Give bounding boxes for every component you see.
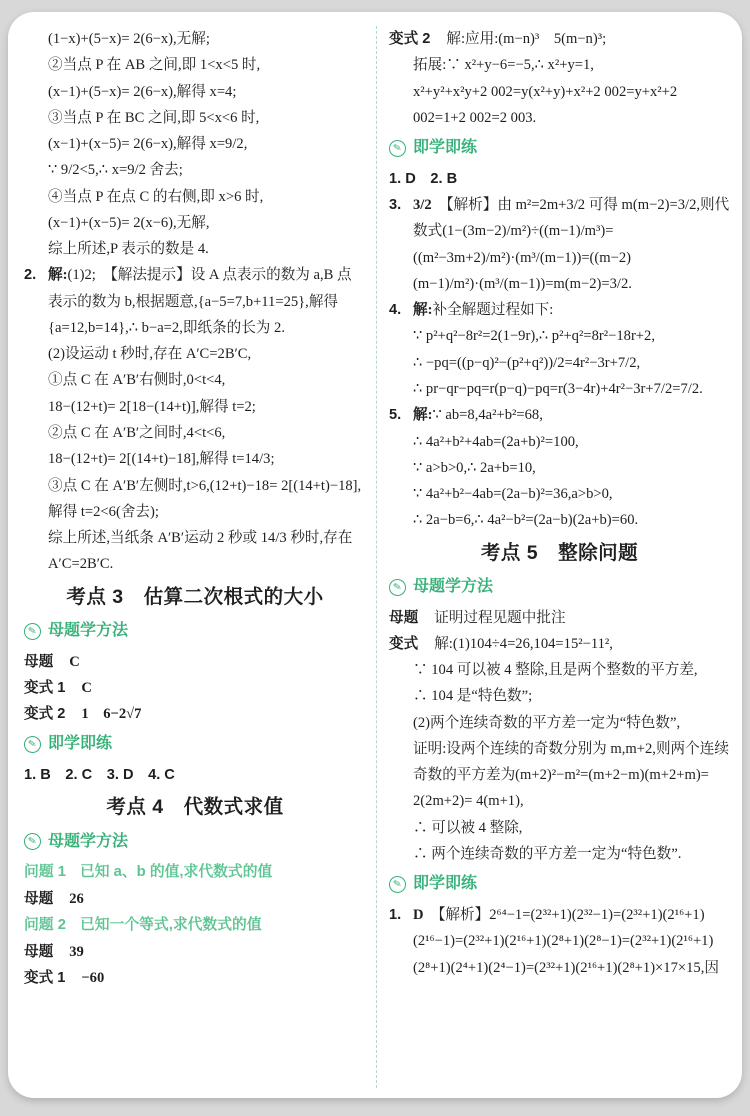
left-column: (1−x)+(5−x)= 2(6−x),无解;②当点 P 在 AB 之间,即 1… (24, 26, 376, 1088)
answer-line: 变式 1−60 (24, 965, 366, 991)
text-line: ③点 C 在 A′B′左侧时,t>6,(12+t)−18= 2[(14+t)−1… (24, 473, 366, 526)
text-line: 证明:设两个连续的奇数分别为 m,m+2,则两个连续奇数的平方差为(m+2)²−… (389, 736, 730, 815)
answer-text: −60 (81, 965, 366, 991)
method-header-label: 母题学方法 (413, 573, 493, 602)
numbered-item: 5.解:∵ ab=8,4a²+b²=68, (389, 402, 730, 428)
pen-circle-icon: ✎ (23, 621, 43, 641)
text-line: (1−x)+(5−x)= 2(6−x),无解; (24, 26, 366, 52)
answer-label: 母题 (24, 649, 53, 675)
item-body: 【解析】由 m²=2m+3/2 可得 m(m−2)=3/2,则代数式(1−(3m… (413, 197, 729, 292)
item-answer: 解: (413, 407, 432, 423)
item-answer: 解: (48, 267, 67, 283)
item-answer: D (413, 907, 424, 923)
section-title: 考点 4 代数式求值 (24, 791, 366, 824)
practice-header: ✎即学即练 (389, 870, 730, 899)
text-line: (2)设运动 t 秒时,存在 A′C=2B′C, (24, 341, 366, 367)
item-number: 5. (389, 402, 413, 428)
text-line: (x−1)+(5−x)= 2(6−x),解得 x=4; (24, 79, 366, 105)
answer-label: 变式 (389, 631, 418, 657)
text-line: ∵ 9/2<5,∴ x=9/2 舍去; (24, 157, 366, 183)
practice-header: ✎即学即练 (389, 134, 730, 163)
item-text: 3/2 【解析】由 m²=2m+3/2 可得 m(m−2)=3/2,则代数式(1… (413, 192, 730, 297)
text-line: ③当点 P 在 BC 之间,即 5<x<6 时, (24, 105, 366, 131)
method-header: ✎母题学方法 (24, 828, 366, 857)
item-number: 1. (389, 902, 413, 981)
problem-text: 已知 a、b 的值,求代数式的值 (80, 864, 272, 880)
item-body: ∵ ab=8,4a²+b²=68, (432, 407, 542, 423)
problem-line: 问题 1已知 a、b 的值,求代数式的值 (24, 859, 366, 886)
answer-line: 母题证明过程见题中批注 (389, 605, 730, 631)
problem-label: 问题 1 (24, 864, 66, 880)
answer-label: 母题 (24, 939, 53, 965)
item-body: 补全解题过程如下: (432, 302, 553, 318)
item-number: 3. (389, 192, 413, 297)
answer-line: 母题39 (24, 939, 366, 965)
numbered-item: 3.3/2 【解析】由 m²=2m+3/2 可得 m(m−2)=3/2,则代数式… (389, 192, 730, 297)
answer-line: 变式解:(1)104÷4=26,104=15²−11², (389, 631, 730, 657)
section-title: 考点 5 整除问题 (389, 537, 730, 570)
practice-header: ✎即学即练 (24, 730, 366, 759)
item-text: D 【解析】2⁶⁴−1=(2³²+1)(2³²−1)=(2³²+1)(2¹⁶+1… (413, 902, 730, 981)
answer-line: 变式 1C (24, 675, 366, 701)
answer-card: (1−x)+(5−x)= 2(6−x),无解;②当点 P 在 AB 之间,即 1… (8, 12, 742, 1098)
pen-circle-icon: ✎ (388, 139, 408, 159)
answer-line: 变式 2解:应用:(m−n)³ 5(m−n)³; (389, 26, 730, 52)
answer-label: 变式 1 (24, 965, 65, 991)
text-line: ∴ 104 是“特色数”; (389, 683, 730, 709)
text-line: x²+y²+x²y+2 002=y(x²+y)+x²+2 002=y+x²+2 … (389, 79, 730, 132)
answer-text: 证明过程见题中批注 (434, 605, 730, 631)
answer-label: 母题 (24, 886, 53, 912)
pen-circle-icon: ✎ (388, 577, 408, 597)
text-line: ∵ p²+q²−8r²=2(1−9r),∴ p²+q²=8r²−18r+2, (389, 323, 730, 349)
pen-circle-icon: ✎ (23, 735, 43, 755)
text-line: ∵ 4a²+b²−4ab=(2a−b)²=36,a>b>0, (389, 481, 730, 507)
item-number: 4. (389, 297, 413, 323)
answer-label: 变式 2 (389, 26, 430, 52)
text-line: ∴ 两个连续奇数的平方差一定为“特色数”. (389, 841, 730, 867)
item-answer: 3/2 (413, 197, 432, 213)
section-title: 考点 3 估算二次根式的大小 (24, 581, 366, 614)
answer-text: 39 (69, 939, 366, 965)
numbered-item: 4.解:补全解题过程如下: (389, 297, 730, 323)
text-line: ④当点 P 在点 C 的右侧,即 x>6 时, (24, 184, 366, 210)
text-line: ∵ 104 可以被 4 整除,且是两个整数的平方差, (389, 657, 730, 683)
method-header-label: 即学即练 (413, 134, 477, 163)
text-line: ∴ 4a²+b²+4ab=(2a+b)²=100, (389, 429, 730, 455)
item-answer: 解: (413, 302, 432, 318)
text-line: ②当点 P 在 AB 之间,即 1<x<5 时, (24, 52, 366, 78)
answer-text: C (81, 675, 366, 701)
text-line: 综上所述,当纸条 A′B′运动 2 秒或 14/3 秒时,存在 A′C=2B′C… (24, 525, 366, 578)
text-line: 18−(12+t)= 2[(14+t)−18],解得 t=14/3; (24, 446, 366, 472)
text-line: ∴ 可以被 4 整除, (389, 815, 730, 841)
text-line: 拓展:∵ x²+y−6=−5,∴ x²+y=1, (389, 52, 730, 78)
text-line: ①点 C 在 A′B′右侧时,0<t<4, (24, 367, 366, 393)
text-line: ∴ 2a−b=6,∴ 4a²−b²=(2a−b)(2a+b)=60. (389, 507, 730, 533)
problem-line: 问题 2已知一个等式,求代数式的值 (24, 912, 366, 939)
pen-circle-icon: ✎ (388, 875, 408, 895)
item-text: 解:补全解题过程如下: (413, 297, 730, 323)
item-text: 解:∵ ab=8,4a²+b²=68, (413, 402, 730, 428)
problem-label: 问题 2 (24, 917, 66, 933)
text-line: (x−1)+(x−5)= 2(6−x),解得 x=9/2, (24, 131, 366, 157)
answer-label: 变式 2 (24, 701, 65, 727)
answer-line: 变式 21 6−2√7 (24, 701, 366, 727)
text-line: 18−(12+t)= 2[18−(14+t)],解得 t=2; (24, 394, 366, 420)
answer-text: 26 (69, 886, 366, 912)
text-line: ②点 C 在 A′B′之间时,4<t<6, (24, 420, 366, 446)
answers-row: 1. D 2. B (389, 166, 730, 192)
method-header-label: 即学即练 (48, 730, 112, 759)
right-column: 变式 2解:应用:(m−n)³ 5(m−n)³;拓展:∵ x²+y−6=−5,∴… (376, 26, 730, 1088)
answer-label: 变式 1 (24, 675, 65, 701)
item-text: 解:(1)2; 【解法提示】设 A 点表示的数为 a,B 点表示的数为 b,根据… (48, 262, 366, 341)
answer-text: C (69, 649, 366, 675)
pen-circle-icon: ✎ (23, 832, 43, 852)
answer-text: 1 6−2√7 (81, 701, 366, 727)
item-number: 2. (24, 262, 48, 341)
answer-text: 解:(1)104÷4=26,104=15²−11², (434, 631, 730, 657)
answer-label: 母题 (389, 605, 418, 631)
text-line: (x−1)+(x−5)= 2(x−6),无解, (24, 210, 366, 236)
problem-text: 已知一个等式,求代数式的值 (80, 917, 262, 933)
answer-line: 母题26 (24, 886, 366, 912)
workbook-page: (1−x)+(5−x)= 2(6−x),无解;②当点 P 在 AB 之间,即 1… (0, 0, 750, 1116)
method-header-label: 母题学方法 (48, 828, 128, 857)
item-body: 【解析】2⁶⁴−1=(2³²+1)(2³²−1)=(2³²+1)(2¹⁶+1)(… (413, 907, 719, 976)
method-header-label: 母题学方法 (48, 617, 128, 646)
answer-line: 母题C (24, 649, 366, 675)
method-header: ✎母题学方法 (389, 573, 730, 602)
numbered-item: 1.D 【解析】2⁶⁴−1=(2³²+1)(2³²−1)=(2³²+1)(2¹⁶… (389, 902, 730, 981)
answers-row: 1. B 2. C 3. D 4. C (24, 762, 366, 788)
text-line: 综上所述,P 表示的数是 4. (24, 236, 366, 262)
numbered-item: 2.解:(1)2; 【解法提示】设 A 点表示的数为 a,B 点表示的数为 b,… (24, 262, 366, 341)
text-line: (2)两个连续奇数的平方差一定为“特色数”, (389, 710, 730, 736)
method-header-label: 即学即练 (413, 870, 477, 899)
text-line: ∴ −pq=((p−q)²−(p²+q²))/2=4r²−3r+7/2, (389, 350, 730, 376)
answer-text: 解:应用:(m−n)³ 5(m−n)³; (446, 26, 730, 52)
item-body: (1)2; 【解法提示】设 A 点表示的数为 a,B 点表示的数为 b,根据题意… (48, 267, 352, 336)
two-column-layout: (1−x)+(5−x)= 2(6−x),无解;②当点 P 在 AB 之间,即 1… (24, 26, 730, 1088)
text-line: ∵ a>b>0,∴ 2a+b=10, (389, 455, 730, 481)
method-header: ✎母题学方法 (24, 617, 366, 646)
text-line: ∴ pr−qr−pq=r(p−q)−pq=r(3−4r)+4r²−3r+7/2=… (389, 376, 730, 402)
